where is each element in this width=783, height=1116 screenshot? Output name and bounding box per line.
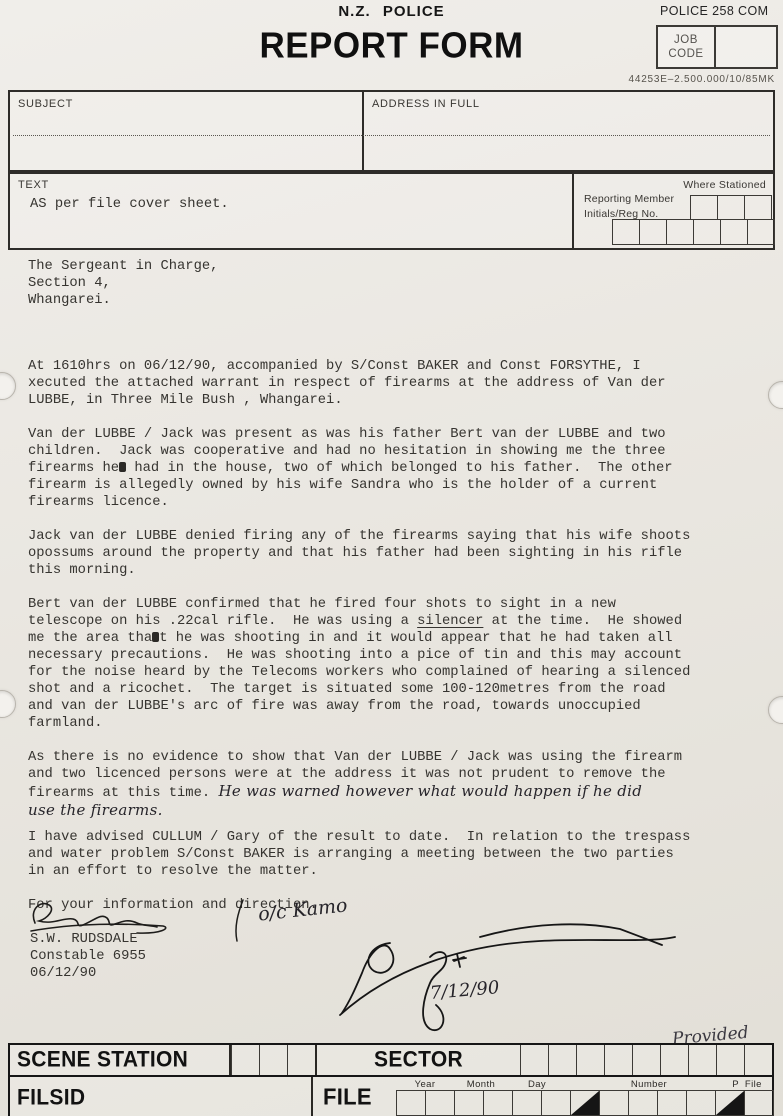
file-box: FILE Year Month Day Number P File <box>313 1077 772 1116</box>
grid-cell <box>688 1045 716 1075</box>
col-day: Day <box>528 1079 546 1090</box>
divider <box>362 92 364 170</box>
supervisor-signature <box>330 915 680 1045</box>
grid-cell <box>541 1090 571 1116</box>
dotted-rule <box>13 135 770 136</box>
ink-blot <box>119 462 126 472</box>
grid-cell <box>483 1090 513 1116</box>
paragraph-4: Bert van der LUBBE confirmed that he fir… <box>28 596 750 732</box>
col-year: Year <box>415 1079 436 1090</box>
paragraph-5: As there is no evidence to show that Van… <box>28 749 750 821</box>
grid-cell <box>744 1090 774 1116</box>
file-grid: Year Month Day Number P File <box>397 1077 774 1116</box>
filsid-label: FILSID <box>17 1085 85 1110</box>
reporting-member-label: Reporting Member Initials/Reg No. <box>584 192 674 222</box>
scene-station-label: SCENE STATION <box>17 1047 188 1072</box>
grid-cell <box>666 219 694 245</box>
col-number: Number <box>631 1079 667 1090</box>
file-column-headers: Year Month Day Number P File <box>397 1077 774 1090</box>
filsid-box: FILSID <box>10 1077 313 1116</box>
grid-cell <box>660 1045 688 1075</box>
grid-cell <box>259 1045 287 1075</box>
sector-label: SECTOR <box>317 1047 520 1072</box>
grid-cell <box>657 1090 687 1116</box>
grid-cell <box>744 1045 772 1075</box>
hole-punch <box>0 690 16 718</box>
grid-cell <box>720 219 748 245</box>
subject-label: SUBJECT <box>18 98 73 110</box>
scene-station-box: SCENE STATION <box>10 1045 231 1075</box>
paragraph-text: t he was shooting in and it would appear… <box>28 631 690 731</box>
col-p-file: P File <box>732 1079 762 1090</box>
grid-cell <box>612 219 640 245</box>
grid-cell <box>690 195 718 220</box>
grid-cell <box>520 1045 548 1075</box>
print-reference: 44253E–2.500.000/10/85MK <box>628 74 775 85</box>
separator-cell <box>570 1090 600 1116</box>
where-stationed-cells <box>691 195 772 220</box>
paragraph-2: Van der LUBBE / Jack was present as was … <box>28 426 750 511</box>
grid-cell <box>287 1045 315 1075</box>
hole-punch <box>768 381 783 409</box>
ink-blot <box>152 632 159 642</box>
grid-cell <box>686 1090 716 1116</box>
grid-cell <box>693 219 721 245</box>
where-stationed-label: Where Stationed <box>683 179 766 191</box>
file-cells <box>397 1090 774 1116</box>
separator-cell <box>715 1090 745 1116</box>
grid-cell <box>231 1045 259 1075</box>
scene-sector-row: SCENE STATION SECTOR <box>8 1043 774 1075</box>
addressee: The Sergeant in Charge, Section 4, Whang… <box>28 258 750 309</box>
job-code-field <box>716 27 776 67</box>
grid-cell <box>454 1090 484 1116</box>
grid-cell <box>628 1090 658 1116</box>
grid-cell <box>396 1090 426 1116</box>
grid-cell <box>717 195 745 220</box>
signature-block: S.W. RUDSDALE Constable 6955 06/12/90 <box>30 931 146 982</box>
paragraph-3: Jack van der LUBBE denied firing any of … <box>28 528 750 579</box>
filsid-file-row: FILSID FILE Year Month Day Number P File <box>8 1075 774 1116</box>
underlined-word: silencer <box>417 614 483 629</box>
report-form-page: N.Z. POLICE REPORT FORM POLICE 258 COM J… <box>0 0 783 1116</box>
hole-punch <box>0 372 16 400</box>
text-label: TEXT <box>18 179 49 191</box>
grid-cell <box>599 1090 629 1116</box>
paragraph-1: At 1610hrs on 06/12/90, accompanied by S… <box>28 358 750 409</box>
grid-cell <box>716 1045 744 1075</box>
grid-cell <box>548 1045 576 1075</box>
grid-cell <box>639 219 667 245</box>
grid-cell <box>576 1045 604 1075</box>
job-code-label: JOB CODE <box>658 27 716 67</box>
grid-cell <box>744 195 772 220</box>
job-code-box: JOB CODE <box>656 25 778 69</box>
check-mark <box>228 897 248 945</box>
hole-punch <box>768 696 783 724</box>
black-triangle <box>716 1091 744 1115</box>
routing-footer: SCENE STATION SECTOR FILSID <box>8 1043 774 1116</box>
form-number: POLICE 258 COM <box>660 4 768 18</box>
grid-cell <box>425 1090 455 1116</box>
paragraph-6: I have advised CULLUM / Gary of the resu… <box>28 829 750 880</box>
grid-cell <box>512 1090 542 1116</box>
col-month: Month <box>467 1079 495 1090</box>
grid-cell <box>747 219 775 245</box>
subject-address-box: SUBJECT ADDRESS IN FULL <box>8 90 775 172</box>
address-label: ADDRESS IN FULL <box>372 98 480 110</box>
grid-cell <box>604 1045 632 1075</box>
file-label: FILE <box>323 1083 372 1110</box>
grid-cell <box>632 1045 660 1075</box>
text-value: AS per file cover sheet. <box>30 196 229 213</box>
black-triangle <box>571 1091 599 1115</box>
reporting-member-cells <box>613 219 775 245</box>
text-box: TEXT AS per file cover sheet. Reporting … <box>8 172 775 250</box>
divider <box>572 174 574 248</box>
letter-body: The Sergeant in Charge, Section 4, Whang… <box>28 258 750 931</box>
sector-box: SECTOR <box>315 1045 772 1075</box>
